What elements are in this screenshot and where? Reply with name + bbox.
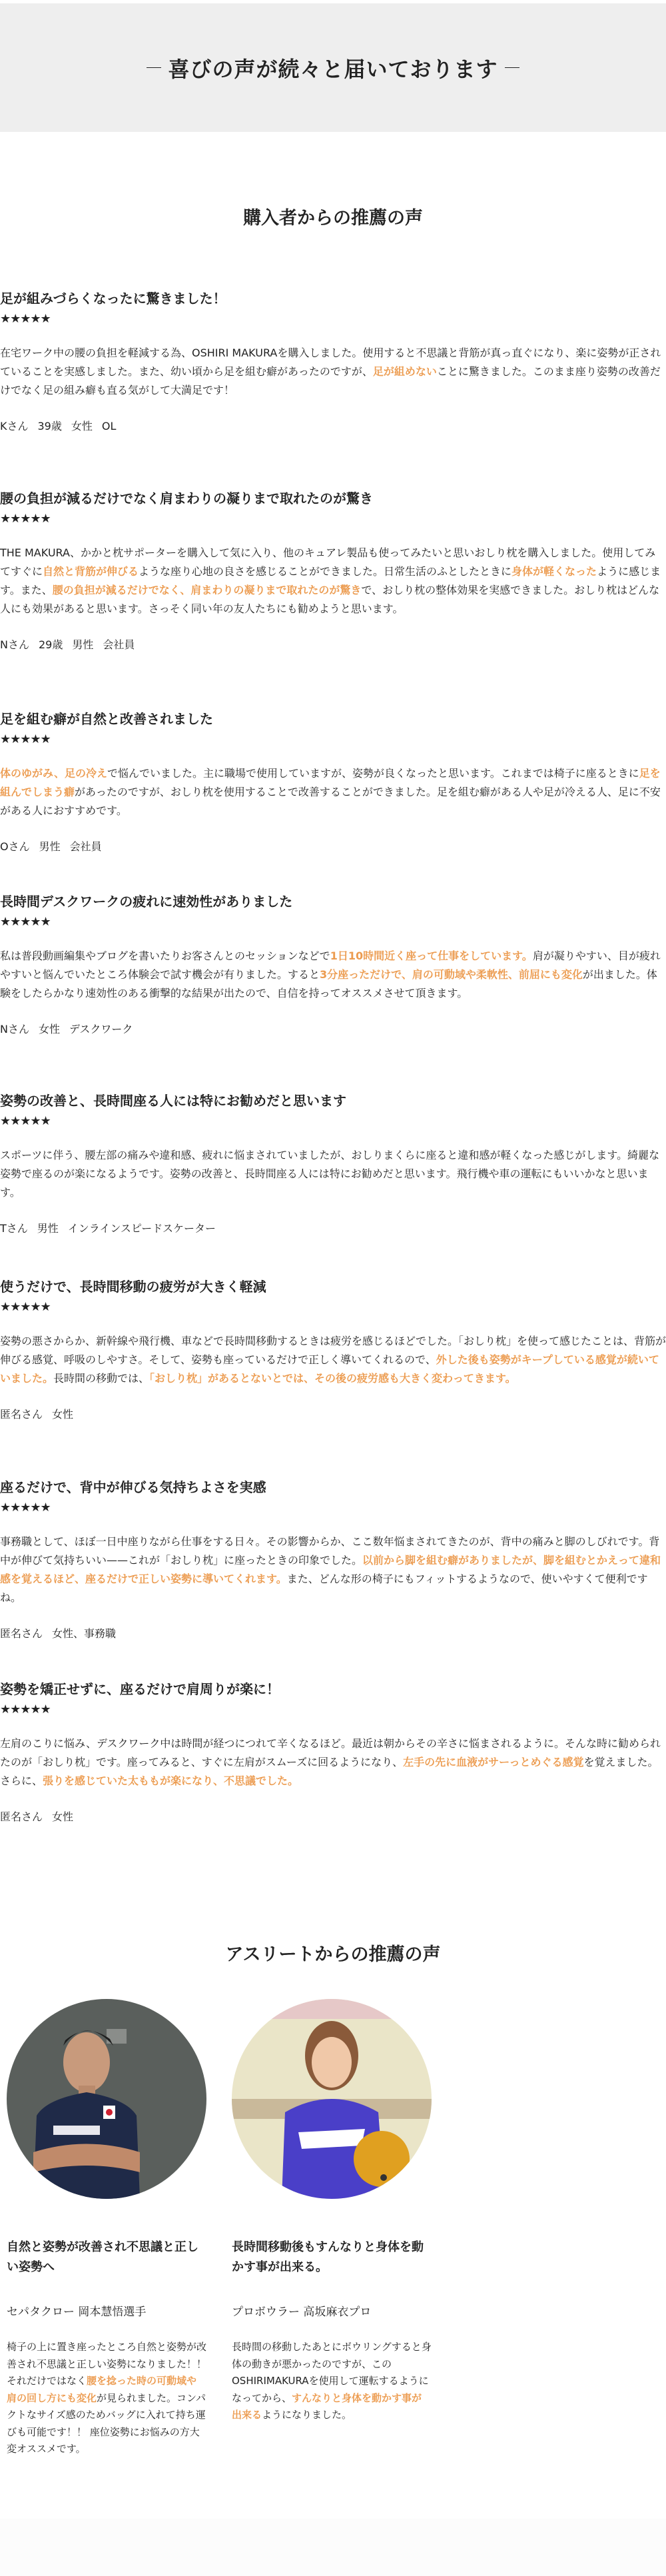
body-text: で悩んでいました。主に職場で使用していますが、姿勢が良くなったと思います。これま… bbox=[107, 767, 639, 780]
buyers-section-title: 購入者からの推薦の声 bbox=[0, 203, 666, 229]
review-title: 腰の負担が減るだけでなく肩まわりの凝りまで取れたのが驚き bbox=[0, 488, 666, 509]
author-detail: 男性 bbox=[37, 1222, 59, 1235]
review-author: Oさん男性会社員 bbox=[0, 838, 666, 856]
review-card: 長時間デスクワークの疲れに速効性がありました★★★★★私は普段動画編集やブログを… bbox=[0, 891, 666, 1039]
author-detail: 匿名さん bbox=[0, 1810, 43, 1823]
review-body: 姿勢の悪さからか、新幹線や飛行機、車などで長時間移動するときは疲労を感じるほどで… bbox=[0, 1332, 666, 1388]
author-detail: 女性 bbox=[52, 1408, 73, 1421]
highlighted-text: 自然と背筋が伸びる bbox=[43, 565, 139, 578]
author-detail: Tさん bbox=[0, 1222, 28, 1235]
athlete-photo-okamoto bbox=[7, 1999, 206, 2199]
highlighted-text: 1日10時間近く座って仕事をしています。 bbox=[330, 950, 533, 962]
highlighted-text: 「おしり枕」があるとないとでは、その後の疲労感も大きく変わってきます。 bbox=[149, 1372, 516, 1385]
hero-title: 喜びの声が続々と届いております bbox=[147, 53, 519, 83]
review-card: 姿勢を矯正せずに、座るだけで肩周りが楽に！★★★★★左肩のこりに悩み、デスクワー… bbox=[0, 1678, 666, 1826]
author-detail: 会社員 bbox=[103, 638, 135, 651]
review-title: 足が組みづらくなったに驚きました！ bbox=[0, 288, 666, 309]
star-rating-icon: ★★★★★ bbox=[0, 1297, 666, 1317]
athlete-name: セパタクロー 岡本慧悟選手 bbox=[7, 2303, 206, 2321]
review-title: 座るだけで、背中が伸びる気持ちよさを実感 bbox=[0, 1477, 666, 1498]
review-author: Nさん女性デスクワーク bbox=[0, 1020, 666, 1039]
athlete-name: プロボウラー 高坂麻衣プロ bbox=[232, 2303, 432, 2321]
star-rating-icon: ★★★★★ bbox=[0, 1111, 666, 1131]
review-body: 事務職として、ほぼ一日中座りながら仕事をする日々。その影響からか、ここ数年悩まさ… bbox=[0, 1533, 666, 1607]
athlete-comment: 椅子の上に置き座ったところ自然と姿勢が改善され不思議と正しい姿勢になりました！！… bbox=[7, 2339, 206, 2458]
review-title: 姿勢の改善と、長時間座る人には特にお勧めだと思います bbox=[0, 1090, 666, 1111]
highlighted-text: 腰の負担が減るだけでなく、肩まわりの凝りまで取れたのが驚き bbox=[53, 584, 362, 596]
author-detail: 匿名さん bbox=[0, 1408, 43, 1421]
body-text: 長時間の移動では、 bbox=[53, 1372, 149, 1385]
review-body: 体のゆがみ、足の冷えで悩んでいました。主に職場で使用していますが、姿勢が良くなっ… bbox=[0, 764, 666, 820]
highlighted-text: 左手の先に血液がサーっとめぐる感覚 bbox=[403, 1756, 583, 1768]
hero-banner: 喜びの声が続々と届いております bbox=[0, 3, 666, 132]
highlighted-text: 3分座っただけで、肩の可動域や柔軟性、前屈にも変化 bbox=[320, 968, 583, 981]
author-detail: 29歳 bbox=[39, 638, 63, 651]
review-body: THE MAKURA、かかと枕サポーターを購入して気に入り、他のキュアレ製品も使… bbox=[0, 544, 666, 618]
athlete-title: 長時間移動後もすんなりと身体を動かす事が出来る。 bbox=[232, 2238, 432, 2277]
athlete-photo-takasaka bbox=[232, 1999, 432, 2199]
highlighted-text: 張りを感じていた太ももが楽になり、不思議でした。 bbox=[43, 1774, 298, 1787]
author-detail: 会社員 bbox=[70, 840, 102, 853]
author-detail: インラインスピードスケーター bbox=[68, 1222, 216, 1235]
author-detail: 女性、事務職 bbox=[52, 1627, 116, 1640]
footer-band bbox=[0, 2519, 666, 2576]
hero-title-text: 喜びの声が続々と届いております bbox=[168, 53, 498, 83]
review-title: 足を組む癖が自然と改善されました bbox=[0, 708, 666, 730]
author-detail: Kさん bbox=[0, 420, 29, 432]
athlete-title: 自然と姿勢が改善され不思議と正しい姿勢へ bbox=[7, 2238, 206, 2277]
highlighted-text: 足が組めない bbox=[373, 365, 437, 378]
review-author: Tさん男性インラインスピードスケーター bbox=[0, 1219, 666, 1238]
review-author: Kさん39歳女性OL bbox=[0, 417, 666, 436]
review-author: 匿名さん女性 bbox=[0, 1405, 666, 1424]
author-detail: Nさん bbox=[0, 1023, 29, 1035]
highlighted-text: 体のゆがみ、足の冷え bbox=[0, 767, 107, 780]
review-card: 使うだけで、長時間移動の疲労が大きく軽減★★★★★姿勢の悪さからか、新幹線や飛行… bbox=[0, 1276, 666, 1424]
author-detail: 匿名さん bbox=[0, 1627, 43, 1640]
author-detail: 男性 bbox=[72, 638, 93, 651]
author-detail: 39歳 bbox=[38, 420, 62, 432]
review-body: 在宅ワーク中の腰の負担を軽減する為、OSHIRI MAKURAを購入しました。使… bbox=[0, 344, 666, 400]
star-rating-icon: ★★★★★ bbox=[0, 1700, 666, 1720]
body-text: 私は普段動画編集やブログを書いたりお客さんとのセッションなどで bbox=[0, 950, 330, 962]
author-detail: Oさん bbox=[0, 840, 30, 853]
author-detail: 女性 bbox=[39, 1023, 60, 1035]
star-rating-icon: ★★★★★ bbox=[0, 912, 666, 932]
review-title: 姿勢を矯正せずに、座るだけで肩周りが楽に！ bbox=[0, 1678, 666, 1700]
star-rating-icon: ★★★★★ bbox=[0, 730, 666, 750]
body-text: があったのですが、おしり枕を使用することで改善することができました。足を組む癖が… bbox=[0, 786, 661, 817]
author-detail: OL bbox=[102, 420, 117, 432]
highlighted-text: 身体が軽くなった bbox=[511, 565, 597, 578]
author-detail: デスクワーク bbox=[69, 1023, 133, 1035]
review-body: スポーツに伴う、腰左部の痛みや違和感、疲れに悩まされていましたが、おしりまくらに… bbox=[0, 1146, 666, 1202]
dash-decoration bbox=[505, 67, 519, 68]
review-title: 長時間デスクワークの疲れに速効性がありました bbox=[0, 891, 666, 912]
athlete-card: 自然と姿勢が改善され不思議と正しい姿勢へ セパタクロー 岡本慧悟選手 椅子の上に… bbox=[7, 1999, 206, 2458]
review-title: 使うだけで、長時間移動の疲労が大きく軽減 bbox=[0, 1276, 666, 1297]
review-card: 座るだけで、背中が伸びる気持ちよさを実感★★★★★事務職として、ほぼ一日中座りな… bbox=[0, 1477, 666, 1643]
athlete-card: 長時間移動後もすんなりと身体を動かす事が出来る。 プロボウラー 高坂麻衣プロ 長… bbox=[232, 1999, 432, 2424]
review-card: 足を組む癖が自然と改善されました★★★★★体のゆがみ、足の冷えで悩んでいました。… bbox=[0, 708, 666, 856]
athlete-comment: 長時間の移動したあとにボウリングすると身体の動きが悪かったのですが、このOSHI… bbox=[232, 2339, 432, 2424]
body-text: ような座り心地の良さを感じることができました。日常生活のふとしたときに bbox=[139, 565, 511, 578]
review-card: 姿勢の改善と、長時間座る人には特にお勧めだと思います★★★★★スポーツに伴う、腰… bbox=[0, 1090, 666, 1238]
review-author: 匿名さん女性、事務職 bbox=[0, 1624, 666, 1643]
author-detail: Nさん bbox=[0, 638, 29, 651]
review-card: 足が組みづらくなったに驚きました！★★★★★在宅ワーク中の腰の負担を軽減する為、… bbox=[0, 288, 666, 436]
review-card: 腰の負担が減るだけでなく肩まわりの凝りまで取れたのが驚き★★★★★THE MAK… bbox=[0, 488, 666, 654]
star-rating-icon: ★★★★★ bbox=[0, 509, 666, 529]
star-rating-icon: ★★★★★ bbox=[0, 1498, 666, 1518]
star-rating-icon: ★★★★★ bbox=[0, 309, 666, 329]
review-body: 左肩のこりに悩み、デスクワーク中は時間が経つにつれて辛くなるほど。最近は朝からそ… bbox=[0, 1734, 666, 1790]
athletes-section-title: アスリートからの推薦の声 bbox=[0, 1940, 666, 1966]
review-author: 匿名さん女性 bbox=[0, 1808, 666, 1826]
review-body: 私は普段動画編集やブログを書いたりお客さんとのセッションなどで1日10時間近く座… bbox=[0, 947, 666, 1003]
athlete-photo-placeholder-icon bbox=[7, 1999, 206, 2199]
author-detail: 男性 bbox=[39, 840, 61, 853]
author-detail: 女性 bbox=[71, 420, 93, 432]
body-text: スポーツに伴う、腰左部の痛みや違和感、疲れに悩まされていましたが、おしりまくらに… bbox=[0, 1149, 659, 1199]
dash-decoration bbox=[147, 67, 161, 68]
body-text: ようになりました。 bbox=[262, 2409, 352, 2421]
review-author: Nさん29歳男性会社員 bbox=[0, 636, 666, 654]
athlete-photo-placeholder-icon bbox=[232, 1999, 432, 2199]
author-detail: 女性 bbox=[52, 1810, 73, 1823]
